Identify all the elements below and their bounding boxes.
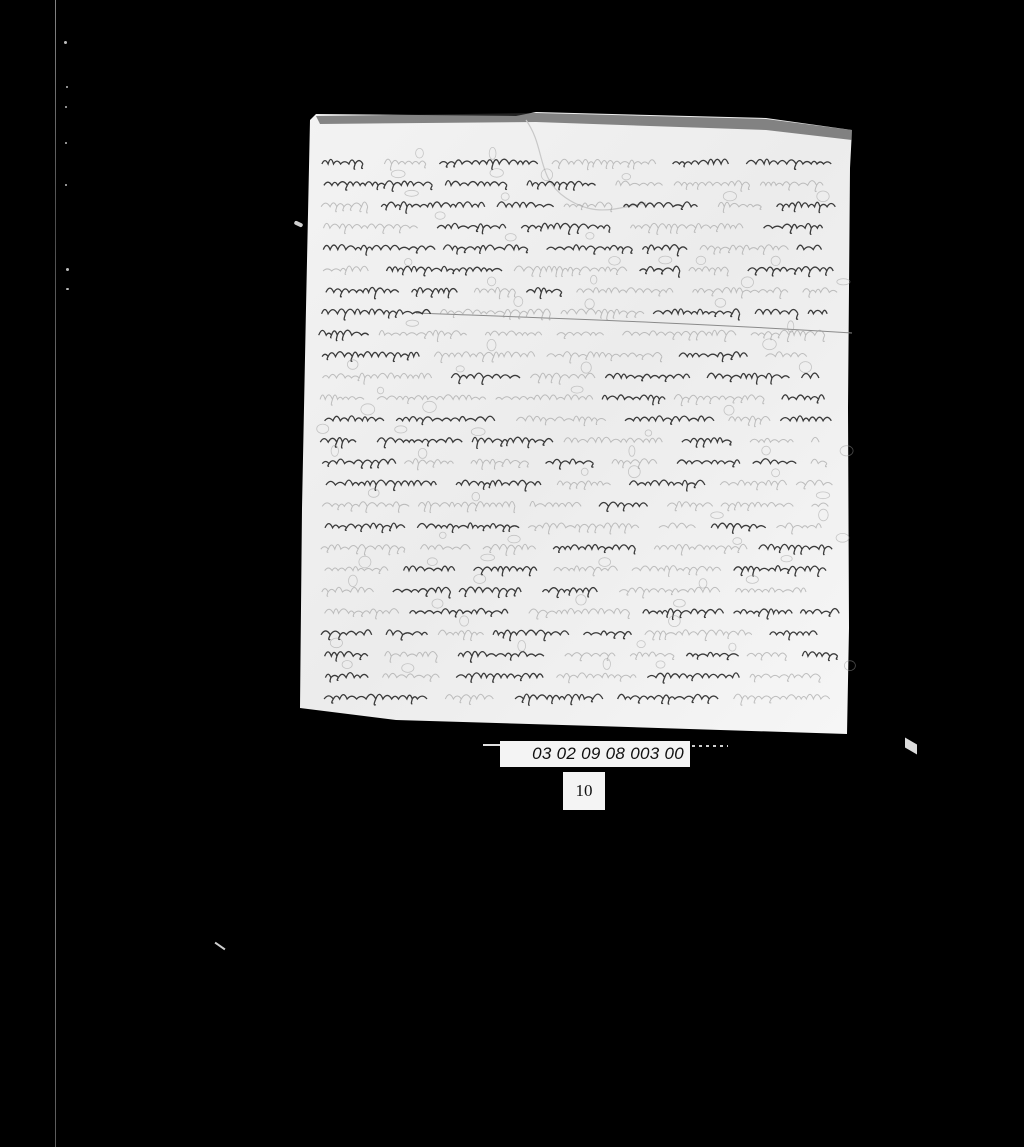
paper-fleck: [905, 738, 917, 755]
page-number-label: 10: [563, 772, 605, 810]
dust-speck: [66, 288, 69, 290]
catalog-code-label: 03 02 09 08 003 00: [500, 741, 690, 767]
scanner-edge-line: [55, 0, 56, 1147]
catalog-code-text: 03 02 09 08 003 00: [532, 744, 684, 764]
dust-speck: [64, 41, 67, 44]
dust-speck: [66, 268, 69, 271]
label-dotted-mark: [692, 745, 728, 747]
dust-speck: [65, 106, 67, 108]
manuscript-page: [296, 108, 856, 740]
page-number-text: 10: [576, 781, 593, 801]
stray-mark: [215, 942, 226, 951]
label-tick-mark: [483, 744, 501, 746]
dust-speck: [66, 86, 68, 88]
manuscript-page-scan: [296, 108, 856, 740]
dust-speck: [65, 142, 67, 144]
dust-speck: [65, 184, 67, 186]
